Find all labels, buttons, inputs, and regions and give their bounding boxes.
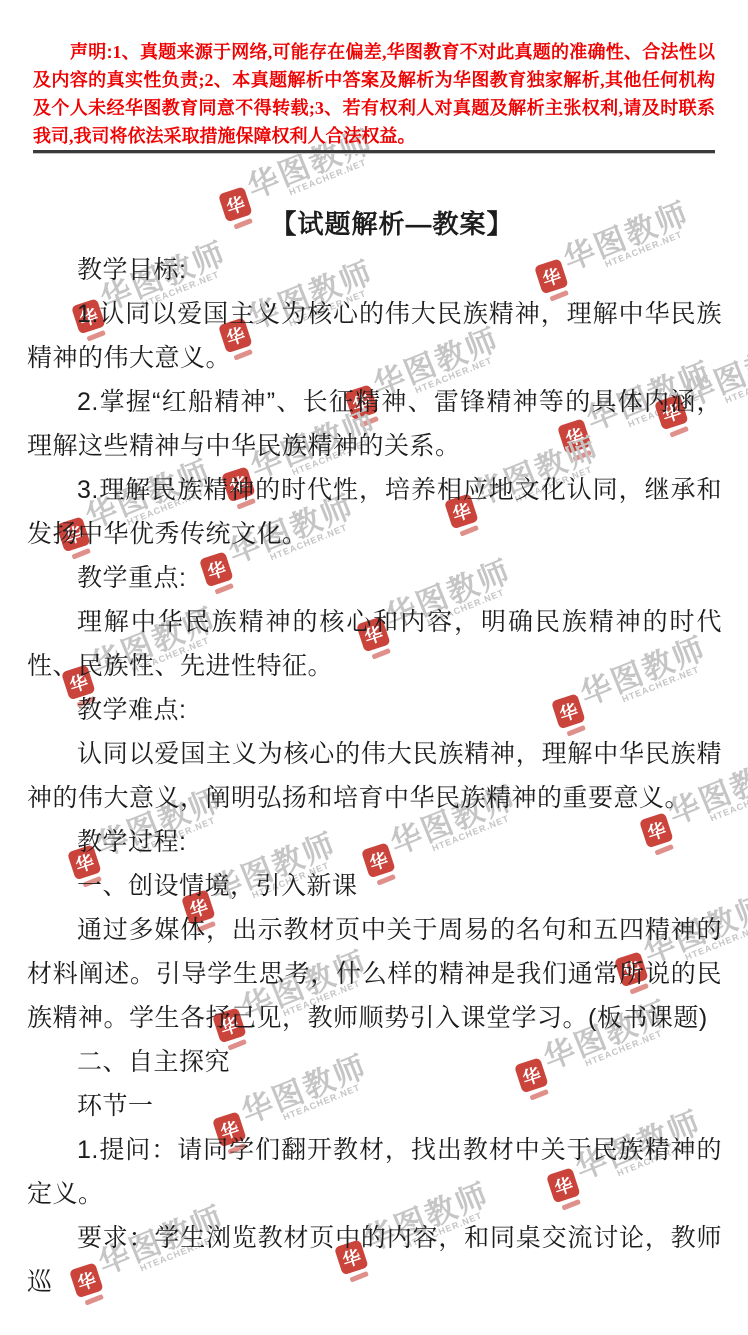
- paragraph: 二、自主探究: [27, 1040, 722, 1084]
- paragraph: 认同以爱国主义为核心的伟大民族精神，理解中华民族精神的伟大意义，阐明弘扬和培育中…: [27, 732, 722, 820]
- paragraph: 一、创设情境，引入新课: [27, 864, 722, 908]
- paragraph: 要求：学生浏览教材页中的内容，和同桌交流讨论，教师巡: [27, 1216, 722, 1304]
- paragraph: 环节一: [27, 1084, 722, 1128]
- paragraph: 教学重点:: [27, 556, 722, 600]
- paragraph: 理解中华民族精神的核心和内容，明确民族精神的时代性、民族性、先进性特征。: [27, 600, 722, 688]
- document-content: 声明:1、真题来源于网络,可能存在偏差,华图教育不对此真题的准确性、合法性以及内…: [0, 38, 748, 1304]
- disclaimer-text: 声明:1、真题来源于网络,可能存在偏差,华图教育不对此真题的准确性、合法性以及内…: [33, 38, 715, 150]
- disclaimer-body: 1、真题来源于网络,可能存在偏差,华图教育不对此真题的准确性、合法性以及内容的真…: [33, 42, 715, 146]
- paragraph: 教学目标:: [27, 248, 722, 292]
- lesson-plan-body: 教学目标:1.认同以爱国主义为核心的伟大民族精神，理解中华民族精神的伟大意义。2…: [0, 248, 748, 1304]
- document-page: 华华图教师HTEACHER.NET华华图教师HTEACHER.NET华华图教师H…: [0, 0, 748, 1335]
- paragraph: 通过多媒体，出示教材页中关于周易的名句和五四精神的材料阐述。引导学生思考，什么样…: [27, 908, 722, 1040]
- paragraph: 1.提问：请同学们翻开教材，找出教材中关于民族精神的定义。: [27, 1128, 722, 1216]
- paragraph: 2.掌握“红船精神”、长征精神、雷锋精神等的具体内涵，理解这些精神与中华民族精神…: [27, 380, 722, 468]
- page-title: 【试题解析—教案】: [0, 206, 748, 242]
- section-divider: [33, 150, 715, 154]
- paragraph: 教学难点:: [27, 688, 722, 732]
- paragraph: 3.理解民族精神的时代性，培养相应地文化认同，继承和发扬中华优秀传统文化。: [27, 468, 722, 556]
- paragraph: 教学过程:: [27, 820, 722, 864]
- paragraph: 1.认同以爱国主义为核心的伟大民族精神，理解中华民族精神的伟大意义。: [27, 292, 722, 380]
- disclaimer-label: 声明:: [70, 42, 113, 62]
